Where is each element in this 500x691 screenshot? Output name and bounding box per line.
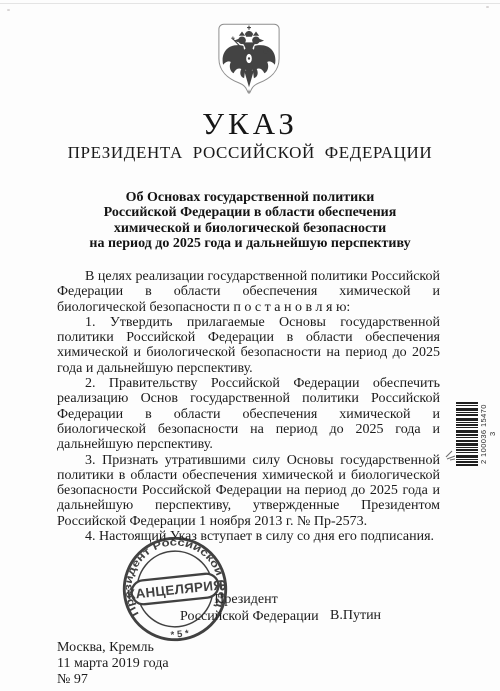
decree-number: № 97 [57, 672, 169, 688]
decree-title-line: химической и биологической безопасности [50, 221, 450, 236]
signature-name: В.Путин [330, 608, 381, 624]
stamp-ring-text: Президент Российской Федерации [101, 515, 229, 621]
decree-paragraph-preamble: В целях реализации государственной полит… [57, 269, 440, 315]
decree-paragraph-2: 2. Правительству Российской Федерации об… [57, 376, 440, 452]
decree-paragraph-1: 1. Утвердить прилагаемые Основы государс… [57, 315, 440, 376]
decree-title-line: на период до 2025 года и дальнейшую перс… [50, 236, 450, 251]
print-mark [444, 447, 458, 463]
scan-edge-line [0, 3, 500, 4]
decree-body: В целях реализации государственной полит… [57, 269, 440, 544]
svg-text:Президент Российской Федерации: Президент Российской Федерации [101, 515, 229, 621]
barcode-icon [456, 402, 478, 466]
decree-title-line: Об Основах государственной политики [50, 190, 450, 205]
decree-title-line: Российской Федерации в области обеспечен… [50, 205, 450, 220]
barcode-number: 2 100036 15470 3 [479, 402, 489, 466]
decree-paragraph-3: 3. Признать утратившими силу Основы госу… [57, 453, 440, 529]
chancellery-stamp: Президент Российской Федерации * 5 * КАН… [101, 515, 248, 662]
doc-issuer-heading: ПРЕЗИДЕНТА РОССИЙСКОЙ ФЕДЕРАЦИИ [0, 143, 500, 163]
scan-artifact [7, 9, 10, 11]
doc-type-heading: УКАЗ [0, 106, 500, 142]
coat-of-arms [214, 22, 284, 102]
russian-coat-of-arms-icon [214, 22, 284, 102]
barcode: 2 100036 15470 3 [456, 402, 490, 466]
scan-artifact [486, 6, 489, 8]
decree-title: Об Основах государственной политики Росс… [50, 190, 450, 251]
decree-page: УКАЗ ПРЕЗИДЕНТА РОССИЙСКОЙ ФЕДЕРАЦИИ Об … [0, 0, 500, 691]
stamp-bottom-text: * 5 * [170, 628, 189, 641]
